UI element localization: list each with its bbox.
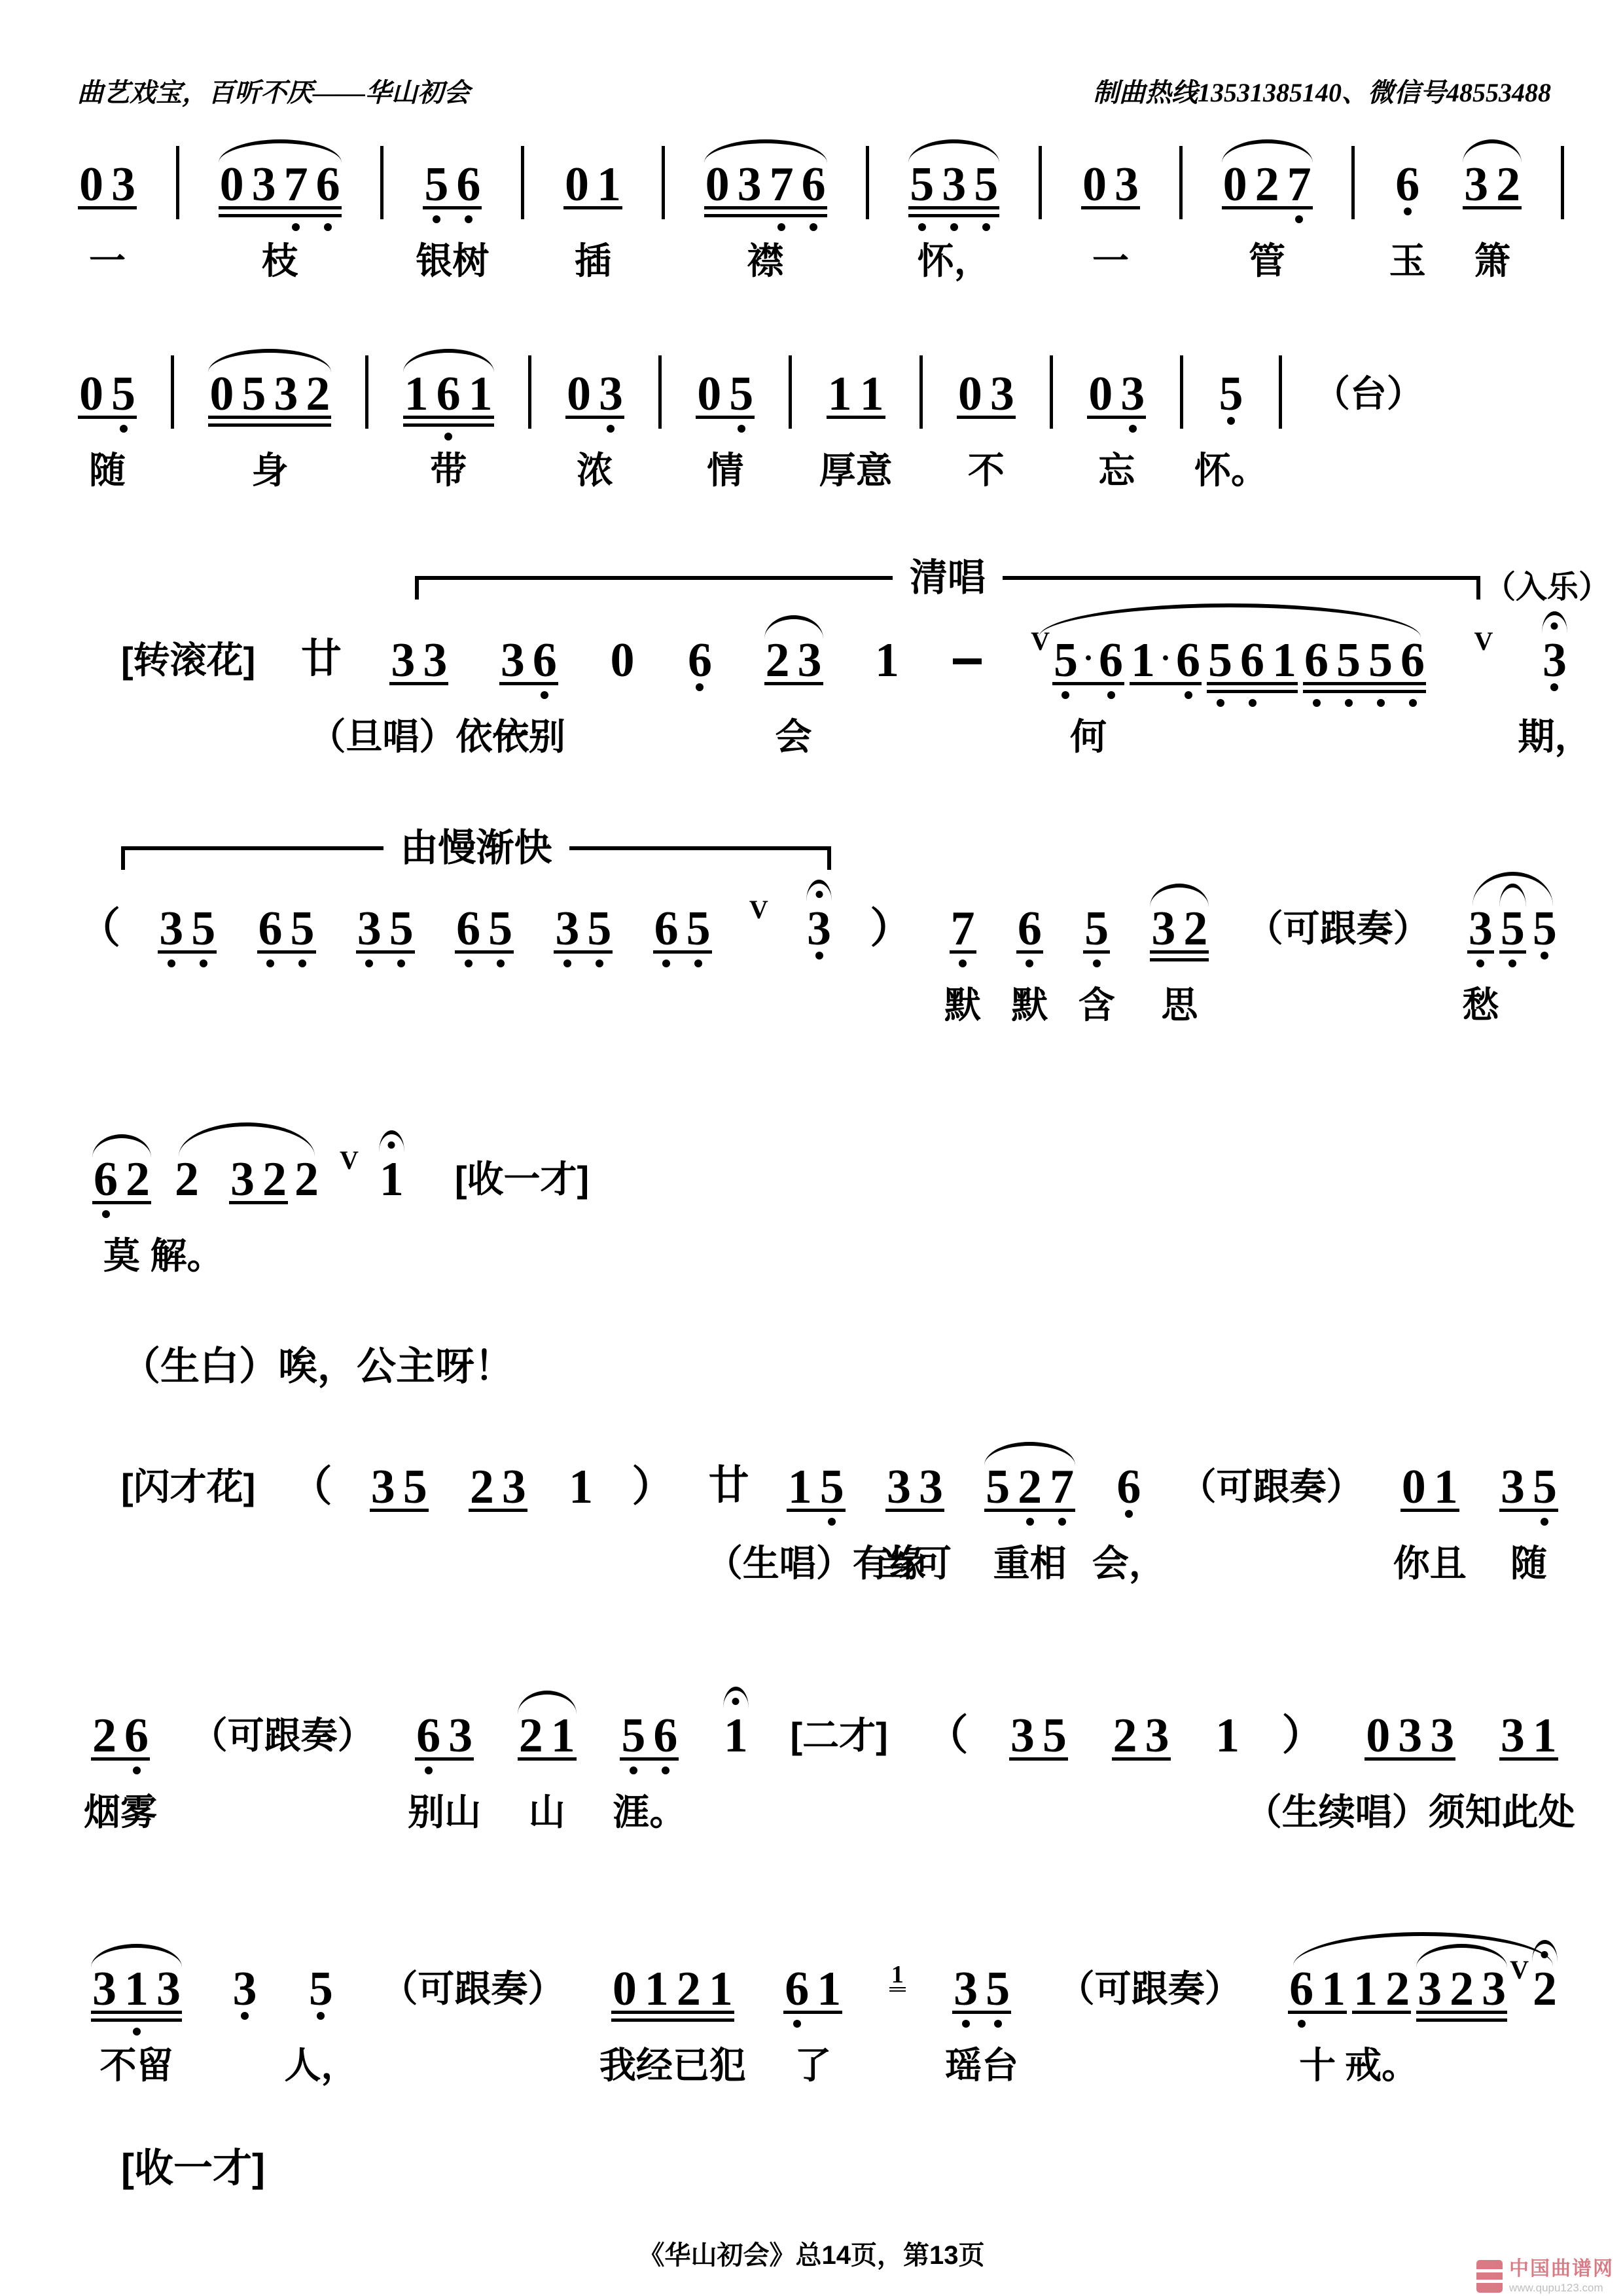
lyric: 随	[89, 451, 126, 490]
qingchang-label: 清唱	[893, 556, 1003, 600]
note-group: 033（生续唱）须知此处	[1362, 1717, 1458, 1755]
note-digit: 6	[651, 910, 683, 948]
low-octave-dot	[317, 2012, 325, 2020]
slur-arc	[1150, 884, 1209, 907]
low-octave-dot	[1345, 699, 1353, 707]
note-digit: 5	[238, 375, 270, 413]
beam-underline	[1364, 1757, 1455, 1761]
low-octave-dot	[200, 960, 207, 967]
note-group: 527重相	[982, 1468, 1078, 1506]
note-digit: 3	[88, 1970, 120, 2008]
note-digit: 2	[302, 375, 334, 413]
lyric: 别山	[408, 1793, 481, 1832]
lyric: 浓	[577, 451, 613, 490]
note-digit: 5	[1204, 641, 1236, 679]
note-group: 35	[1007, 1717, 1071, 1755]
note-digit: 2	[1109, 1717, 1141, 1755]
breath-mark: V	[749, 897, 768, 923]
beam-underline	[423, 206, 482, 209]
low-octave-dot	[994, 2020, 1002, 2028]
note-digit: 5	[683, 910, 715, 948]
note-digit: 3	[270, 375, 302, 413]
duration-dash	[953, 658, 982, 664]
beam-underline	[1112, 1757, 1171, 1761]
note-digit: 3	[1465, 910, 1497, 948]
beam-underline	[1303, 682, 1426, 685]
note-digit: 7	[1283, 166, 1315, 204]
beam-underline	[219, 206, 342, 209]
note-group: 6玉	[1391, 166, 1423, 204]
lyric: 何	[1070, 717, 1107, 757]
note-group: 32思	[1147, 910, 1211, 948]
lyric: 身	[251, 451, 288, 490]
low-octave-dot	[241, 2012, 249, 2020]
slur-group: 2解。322	[171, 1160, 323, 1198]
low-octave-dot	[563, 960, 571, 967]
music-line-3: [转滚花]廿33（旦唱）依依36一别0623会1V5·6何1·65616556V…	[121, 641, 1571, 782]
note-digit: 5	[1215, 375, 1247, 413]
note-group: 1	[376, 1160, 408, 1198]
lyric: 银树	[416, 242, 489, 281]
note-group: 61了	[781, 1970, 845, 2008]
beam-underline	[885, 1509, 944, 1512]
qingchang-section-bracket: 清唱 （入乐）	[415, 576, 1480, 580]
lyric: 十	[1299, 2046, 1336, 2085]
low-octave-dot	[1541, 1518, 1548, 1526]
note-group: 62莫	[90, 1160, 154, 1198]
low-octave-dot	[950, 223, 958, 231]
note-digit: 3	[1141, 1717, 1173, 1755]
slur-arc	[518, 1691, 577, 1714]
note-digit: 0	[205, 375, 238, 413]
note-digit: 6	[1014, 910, 1046, 948]
lyric: 戒。	[1345, 2046, 1418, 2085]
music-line-5: 62莫2解。322V1[收一才]	[90, 1160, 589, 1301]
note-digit: 6	[1236, 641, 1268, 679]
low-octave-dot	[465, 960, 473, 967]
spacer	[425, 1160, 438, 1161]
lyric: 瑶台	[945, 2046, 1018, 2085]
beam-underline	[1150, 958, 1209, 961]
note-digit: 1	[1529, 1717, 1561, 1755]
note-digit: 1	[784, 1468, 816, 1506]
beam-underline	[92, 1201, 151, 1204]
note-digit: 3	[794, 641, 826, 679]
notation-label: （可跟奏）	[1247, 908, 1430, 949]
beam-underline	[158, 950, 217, 954]
tie-dot	[815, 891, 823, 898]
beam-underline	[1499, 950, 1526, 954]
note-digit: 0	[702, 166, 734, 204]
ruyue-label: （入乐）	[1484, 562, 1610, 607]
low-octave-dot	[918, 223, 926, 231]
note-group: 5	[1497, 910, 1529, 948]
beam-underline	[370, 1509, 429, 1512]
beam-underline	[403, 416, 494, 419]
barline	[1180, 355, 1183, 429]
lyric: 了	[794, 2046, 831, 2085]
note-group: 7默	[947, 910, 979, 948]
low-octave-dot	[1058, 1518, 1066, 1526]
note-group: 35瑶台	[950, 1970, 1014, 2008]
beam-underline	[704, 214, 827, 217]
note-digit: 2	[88, 1717, 120, 1755]
note-digit: 2	[171, 1160, 203, 1198]
page-footer: 《华山初会》总14页，第13页	[0, 2234, 1623, 2272]
note-group: 0376枝	[216, 166, 344, 204]
low-octave-dot	[1550, 683, 1558, 691]
note-digit: ·	[1159, 641, 1172, 675]
lyric: 玉	[1389, 242, 1426, 281]
lyric: 默	[944, 986, 981, 1025]
lyric: 默	[1011, 986, 1048, 1025]
notation-label: [闪才花]	[121, 1467, 255, 1507]
note-digit: 1	[1349, 1970, 1382, 2008]
note-digit: 1	[1127, 641, 1159, 679]
note-group: 65	[452, 910, 516, 948]
lyric: 莫	[103, 1236, 140, 1276]
note-digit: 1	[720, 1717, 752, 1755]
spoken-dialogue-line: （生白）唉，公主呀！	[121, 1335, 514, 1391]
low-octave-dot	[324, 223, 332, 231]
beam-underline	[499, 682, 558, 685]
slur-arc	[179, 1122, 315, 1157]
low-octave-dot	[630, 1767, 637, 1774]
low-octave-dot	[425, 1767, 433, 1774]
note-digit: 1	[376, 1160, 408, 1198]
note-group: 31	[1497, 1717, 1561, 1755]
note-group: 5含	[1080, 910, 1113, 948]
note-digit: 1	[1430, 1468, 1462, 1506]
beam-underline	[1499, 1757, 1558, 1761]
low-octave-dot	[168, 960, 175, 967]
note-digit: 0	[75, 166, 107, 204]
watermark-text: 中国曲谱网 www.qupu123.com	[1509, 2259, 1614, 2293]
note-digit: 5	[484, 910, 516, 948]
low-octave-dot	[133, 2028, 141, 2036]
low-octave-dot	[738, 425, 745, 433]
note-group: 11厚意	[824, 375, 888, 413]
beam-underline	[908, 214, 999, 217]
note-group: 03不	[954, 375, 1018, 413]
note-group: 26烟雾	[88, 1717, 152, 1755]
note-digit: 5	[1080, 910, 1113, 948]
low-octave-dot	[607, 425, 615, 433]
note-digit: 5	[1050, 641, 1082, 679]
low-octave-dot	[1298, 2020, 1306, 2028]
tie-dot	[1541, 1951, 1548, 1958]
note-digit: 5	[107, 375, 139, 413]
barline	[521, 146, 524, 219]
beam-underline	[1303, 690, 1426, 693]
note-digit: 3	[950, 1970, 982, 2008]
music-line-4: （356535653565V3）7默6默5含32思（可跟奏）3愁55	[79, 910, 1561, 1050]
low-octave-dot	[1185, 691, 1192, 699]
barline	[380, 146, 383, 219]
note-digit: 3	[419, 641, 451, 679]
note-digit: 2	[673, 1970, 705, 2008]
note-digit: 1	[120, 1970, 152, 2008]
note-digit: 0	[75, 375, 107, 413]
note-group: 5·6何	[1050, 641, 1127, 679]
note-digit: 0	[1398, 1468, 1430, 1506]
barline	[919, 355, 923, 429]
note-group: 6会，	[1113, 1468, 1145, 1506]
beam-underline	[1222, 206, 1313, 209]
note-digit: 0	[1219, 166, 1251, 204]
note-digit: 5	[906, 166, 938, 204]
note-digit: 1	[1317, 1970, 1349, 2008]
note-digit: 2	[1251, 166, 1283, 204]
note-digit: 3	[1147, 910, 1179, 948]
slur-group: 61十12戒。323V2	[1285, 1970, 1561, 2008]
note-digit: 2	[1446, 1970, 1478, 2008]
note-group: 65	[255, 910, 319, 948]
barline	[789, 355, 792, 429]
note-digit: 1	[565, 1468, 597, 1506]
low-octave-dot	[815, 952, 823, 960]
lyric: 思	[1161, 986, 1198, 1025]
note-group: 313不留	[88, 1970, 185, 2008]
note-group: 03忘	[1084, 375, 1149, 413]
note-digit: 1	[465, 375, 497, 413]
beam-underline	[1150, 950, 1209, 954]
low-octave-dot	[662, 1767, 669, 1774]
low-octave-dot	[962, 2020, 970, 2028]
beam-underline	[653, 950, 712, 954]
note-digit: 5	[305, 1970, 337, 2008]
lyric: 含	[1079, 986, 1115, 1025]
barline	[171, 355, 174, 429]
note-digit: 3	[803, 910, 835, 948]
beam-underline	[563, 206, 622, 209]
beam-underline	[415, 1757, 474, 1761]
low-octave-dot	[1026, 1518, 1034, 1526]
beam-underline	[469, 1509, 527, 1512]
barline	[1561, 146, 1564, 219]
low-octave-dot	[596, 960, 603, 967]
note-group: 23会	[762, 641, 826, 679]
ending-percussion-label: [收一才]	[121, 2137, 265, 2193]
note-group: 56涯。	[617, 1717, 681, 1755]
notation-label: [收一才]	[455, 1159, 589, 1200]
lyric: 愁	[1462, 986, 1499, 1025]
low-octave-dot	[810, 223, 817, 231]
note-group: 32箫	[1460, 166, 1524, 204]
note-digit: 3	[1394, 1717, 1426, 1755]
beam-underline	[91, 2011, 182, 2014]
lyric: 一别	[492, 717, 565, 757]
beam-underline	[696, 416, 755, 419]
note-group: 36一别	[497, 641, 561, 679]
notation-label: 廿	[301, 640, 342, 678]
low-octave-dot	[1061, 691, 1069, 699]
note-digit: 5	[1332, 641, 1364, 679]
note-digit: 1	[641, 1970, 673, 2008]
notation-label: （台）	[1313, 374, 1423, 414]
music-line-2: 05随0532身161带03浓05情11厚意03不03忘5怀。（台）	[75, 375, 1423, 516]
beam-underline	[1083, 950, 1110, 954]
lyric: 襟	[747, 242, 784, 281]
beam-underline	[1467, 950, 1494, 954]
beam-underline	[1009, 1757, 1068, 1761]
note-group: 3愁	[1465, 910, 1497, 948]
low-octave-dot	[298, 960, 306, 967]
lyric: 解。	[151, 1236, 224, 1276]
note-digit: 1	[593, 166, 625, 204]
music-line-9: 313不留35人，（可跟奏）0121我经已犯61了135瑶台（可跟奏）61十12…	[88, 1970, 1561, 2111]
note-group: 03一	[75, 166, 139, 204]
note-digit: 5	[1529, 1468, 1561, 1506]
note-digit: 3	[248, 166, 280, 204]
low-octave-dot	[1107, 691, 1115, 699]
note-digit: 3	[228, 1970, 260, 2008]
note-group: 05情	[693, 375, 757, 413]
note-digit: 6	[1397, 641, 1429, 679]
note-digit: 3	[915, 1468, 947, 1506]
note-digit: 7	[766, 166, 798, 204]
note-digit: 2	[122, 1160, 154, 1198]
note-group: 0121我经已犯	[609, 1970, 737, 2008]
note-digit: 6	[255, 910, 287, 948]
low-octave-dot	[694, 960, 702, 967]
beam-underline	[565, 416, 624, 419]
low-octave-dot	[1508, 960, 1516, 967]
low-octave-dot	[1129, 425, 1137, 433]
note-digit: 7	[280, 166, 312, 204]
lyric: 怀。	[1194, 451, 1268, 490]
slur-arc	[403, 349, 494, 372]
note-digit: 5	[982, 1970, 1014, 2008]
note-digit: 1	[824, 375, 856, 413]
note-digit: 5	[399, 1468, 431, 1506]
note-digit: 3	[353, 910, 385, 948]
slur-arc	[219, 139, 342, 163]
note-digit: 2	[1179, 910, 1211, 948]
note-group: 12戒。	[1349, 1970, 1414, 2008]
low-octave-dot	[266, 960, 274, 967]
barline	[662, 146, 665, 219]
note-digit: 1	[547, 1717, 579, 1755]
note-group: 1	[871, 641, 903, 679]
note-digit: 5	[1529, 910, 1561, 948]
beam-underline	[704, 206, 827, 209]
slur-arc	[764, 615, 823, 639]
note-digit: 6	[1391, 166, 1423, 204]
notation-label: （	[291, 1467, 332, 1506]
slur-arc	[91, 1944, 182, 1967]
beam-underline	[1052, 682, 1124, 685]
note-digit: 2	[1014, 1468, 1046, 1506]
tempo-bracket: 由慢渐快	[121, 846, 831, 850]
note-digit: 2	[1492, 166, 1524, 204]
slur-arc	[208, 349, 331, 372]
note-digit: 0	[609, 1970, 641, 2008]
beam-underline	[78, 206, 137, 209]
note-digit: 1	[813, 1970, 845, 2008]
low-octave-dot	[1093, 960, 1101, 967]
notation-label: [转滚花]	[121, 640, 255, 681]
note-group: 0376襟	[702, 166, 830, 204]
low-octave-dot	[982, 223, 990, 231]
note-group: 65	[651, 910, 715, 948]
beam-underline	[356, 950, 415, 954]
note-group: 0532身	[205, 375, 334, 413]
lyric: 会，	[1092, 1544, 1166, 1583]
note-group: 23	[1109, 1717, 1173, 1755]
beam-underline	[455, 950, 514, 954]
low-octave-dot	[662, 960, 670, 967]
low-octave-dot	[1295, 215, 1303, 223]
note-digit: 5	[1364, 641, 1397, 679]
beam-underline	[952, 2011, 1011, 2014]
note-digit: 3	[883, 1468, 915, 1506]
low-octave-dot	[120, 425, 128, 433]
barline	[528, 355, 531, 429]
low-octave-dot	[465, 215, 473, 223]
beam-underline	[1499, 1509, 1558, 1512]
beam-underline	[1081, 206, 1140, 209]
note-digit: 6	[529, 641, 561, 679]
note-digit: 5	[1039, 1717, 1071, 1755]
notation-label: ）	[870, 908, 912, 948]
beam-underline	[1207, 690, 1298, 693]
beam-underline	[950, 950, 976, 954]
note-digit: 1	[871, 641, 903, 679]
low-octave-dot	[541, 691, 548, 699]
lyric: 情	[707, 451, 743, 490]
note-digit: 3	[387, 641, 419, 679]
barline	[365, 355, 368, 429]
note-group: 33当可	[883, 1468, 947, 1506]
note-digit: 3	[734, 166, 766, 204]
lyric: 插	[575, 242, 611, 281]
notation-label: （可跟奏）	[381, 1969, 564, 2009]
note-group: 1	[565, 1468, 597, 1506]
note-group: 35随	[1497, 1468, 1561, 1506]
note-digit: 3	[367, 1468, 399, 1506]
note-group: 1	[1211, 1717, 1243, 1755]
note-digit: 0	[1084, 375, 1116, 413]
watermark-url: www.qupu123.com	[1509, 2282, 1614, 2293]
low-octave-dot	[1313, 699, 1321, 707]
beam-underline	[1463, 206, 1522, 209]
lyric: 涯。	[613, 1793, 686, 1832]
note-digit: 6	[90, 1160, 122, 1198]
note-digit: 3	[1426, 1717, 1458, 1755]
note-digit: 6	[798, 166, 830, 204]
low-octave-dot	[102, 1210, 110, 1218]
lyric: 你且	[1393, 1544, 1467, 1583]
watermark-site-name: 中国曲谱网	[1509, 2259, 1614, 2279]
lyric: 烟雾	[84, 1793, 157, 1832]
barline	[1039, 146, 1042, 219]
note-digit: 3	[938, 166, 970, 204]
note-digit: 3	[1007, 1717, 1039, 1755]
note-digit: 1	[401, 375, 433, 413]
beam-underline	[1352, 2011, 1411, 2014]
note-group: 6	[684, 641, 716, 679]
note-group: 0	[606, 641, 638, 679]
beam-underline	[1130, 682, 1202, 685]
note-group: 6556	[1300, 641, 1429, 679]
beam-underline	[611, 2018, 734, 2022]
beam-underline	[620, 1757, 679, 1761]
beam-underline	[1400, 1509, 1459, 1512]
lyric: 箫	[1474, 242, 1510, 281]
lyric: 一	[89, 242, 126, 281]
beam-underline	[611, 2011, 734, 2014]
